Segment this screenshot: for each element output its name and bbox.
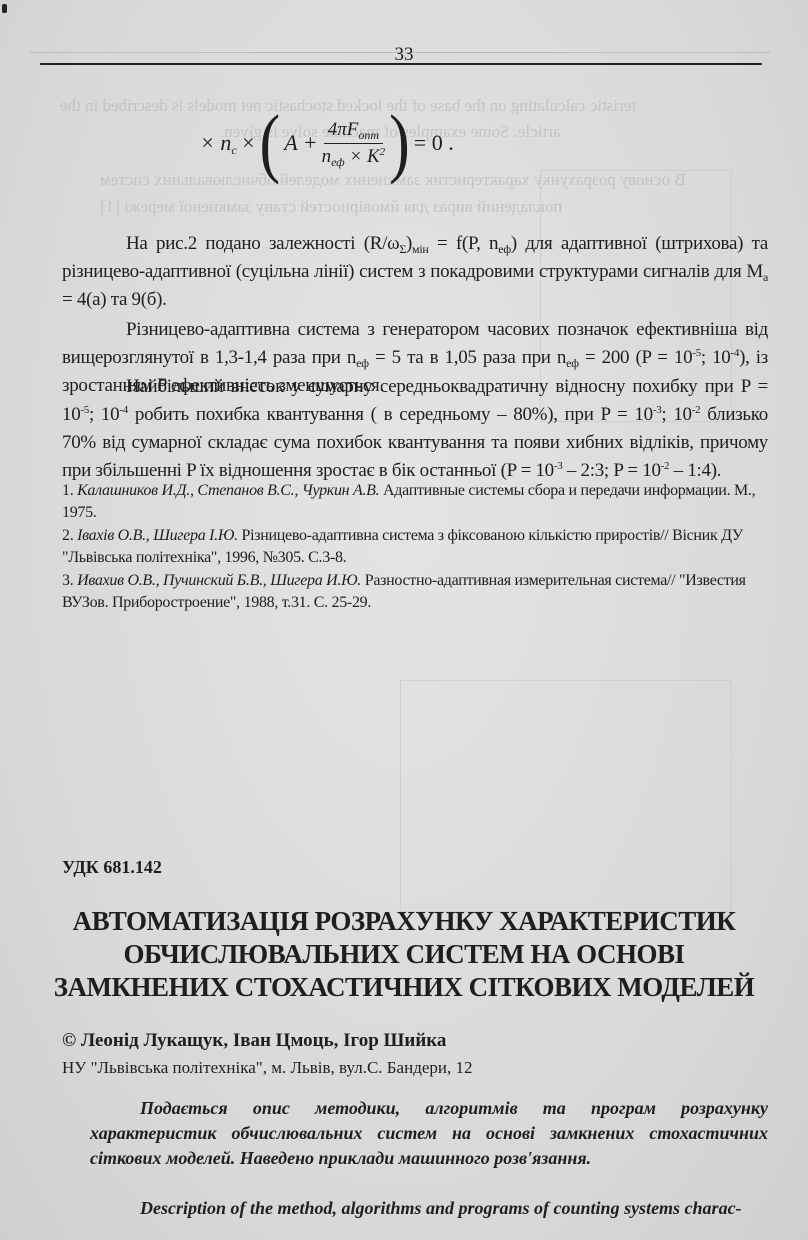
scan-mark	[2, 4, 7, 13]
left-paren: (	[260, 104, 281, 182]
formula-term-a: A +	[284, 130, 317, 156]
article-authors: © Леонід Лукащук, Іван Цмоць, Ігор Шийка	[62, 1030, 446, 1052]
udk-code: УДК 681.142	[62, 857, 162, 878]
paragraph-3: Найбільший внесок у сумарну середньоквад…	[62, 373, 768, 485]
right-paren: )	[389, 104, 410, 182]
paragraph-1: На рис.2 подано залежності (R/ωΣ)мін = f…	[62, 230, 768, 314]
header-rule	[40, 63, 762, 65]
reference-item: 1. Калашников И.Д., Степанов В.С., Чурки…	[62, 480, 768, 524]
reference-item: 3. Ивахив О.В., Пучинский Б.В., Шигера И…	[62, 570, 768, 614]
title-line: ОБЧИСЛЮВАЛЬНИХ СИСТЕМ НА ОСНОВІ	[40, 938, 768, 971]
scanned-page: teristic calculating on the base of the …	[0, 0, 808, 1240]
title-line: ЗАМКНЕНИХ СТОХАСТИЧНИХ СІТКОВИХ МОДЕЛЕЙ	[40, 971, 768, 1004]
formula-times: ×	[241, 130, 256, 156]
article-affiliation: НУ "Львівська політехніка", м. Львів, ву…	[62, 1058, 472, 1078]
formula-fraction: 4πFопт nеф × K2	[322, 119, 386, 168]
title-line: АВТОМАТИЗАЦІЯ РОЗРАХУНКУ ХАРАКТЕРИСТИК	[40, 905, 768, 938]
references-list: 1. Калашников И.Д., Степанов В.С., Чурки…	[62, 480, 768, 615]
abstract-ukrainian: Подається опис методики, алгоритмів та п…	[90, 1096, 768, 1171]
article-title: АВТОМАТИЗАЦІЯ РОЗРАХУНКУ ХАРАКТЕРИСТИК О…	[40, 905, 768, 1004]
formula-equals: = 0 .	[414, 130, 454, 156]
reference-item: 2. Івахів О.В., Шигера І.Ю. Різницево-ад…	[62, 525, 768, 569]
formula: × nc × ( A + 4πFопт nеф × K2 ) = 0 .	[200, 112, 454, 174]
abstract-english: Description of the method, algorithms an…	[90, 1196, 768, 1221]
bleed-through-diagram	[400, 680, 732, 912]
bleed-through-line: покладений вираз для ймовірностей стану …	[100, 197, 562, 217]
formula-prefix: × nc	[200, 130, 237, 156]
